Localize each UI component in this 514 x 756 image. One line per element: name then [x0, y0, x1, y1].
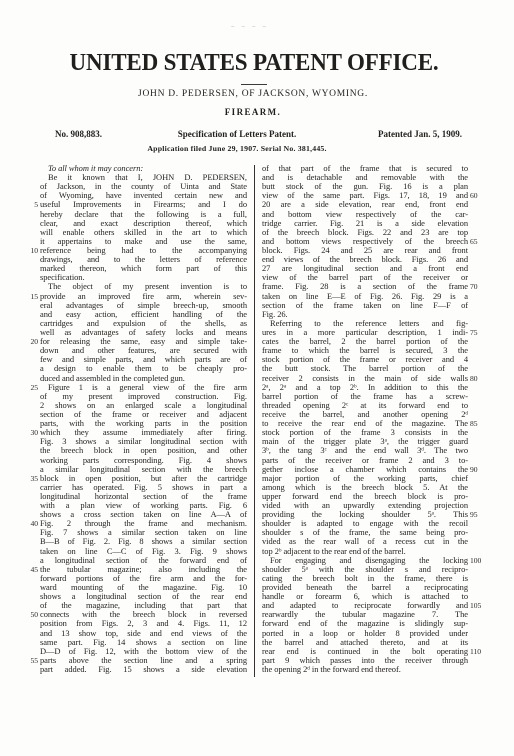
patent-document-page: – – – – UNITED STATES PATENT OFFICE. JOH… — [0, 0, 514, 756]
line-number: 95 — [470, 510, 486, 519]
line-number: 70 — [470, 282, 486, 291]
application-line: Application filed June 29, 1907. Serial … — [0, 144, 474, 153]
line-number: 105 — [470, 601, 486, 610]
line-number: 35 — [25, 474, 38, 483]
line-number: 65 — [470, 237, 486, 246]
right-column: of that part of the frame that is secure… — [262, 164, 468, 674]
line-text: the opening 2ᵈ in the forward end thereo… — [262, 664, 401, 674]
patented-date: Patented Jan. 5, 1909. — [378, 129, 462, 139]
patent-info-row: No. 908,883. Specification of Letters Pa… — [0, 129, 514, 141]
left-column: To all whom it may concern:Be it known t… — [40, 164, 247, 674]
line-number: 85 — [470, 419, 486, 428]
text-line: section of the frame taken on line F—F o… — [262, 301, 468, 310]
invention-title: FIREARM. — [0, 107, 506, 117]
patent-office-title: UNITED STATES PATENT OFFICE. — [10, 50, 498, 77]
line-number: 80 — [470, 374, 486, 383]
line-number: 90 — [470, 465, 486, 474]
title-divider-rule — [241, 84, 267, 85]
text-line: the opening 2ᵈ in the forward end thereo… — [262, 665, 468, 674]
line-number: 30 — [25, 428, 38, 437]
line-number: 75 — [470, 328, 486, 337]
line-number: 100 — [470, 556, 486, 565]
line-number: 15 — [25, 292, 38, 301]
column-divider-rule — [254, 165, 255, 677]
line-number: 55 — [25, 656, 38, 665]
line-number: 5 — [25, 200, 38, 209]
line-number: 50 — [25, 610, 38, 619]
line-number: 45 — [25, 565, 38, 574]
line-number: 40 — [25, 519, 38, 528]
line-text: part added. Fig. 15 shows a side elevati… — [40, 664, 247, 674]
line-number: 60 — [470, 191, 486, 200]
inventor-line: JOHN D. PEDERSEN, OF JACKSON, WYOMING. — [0, 89, 506, 99]
line-text: section of the frame taken on line F—F o… — [262, 300, 468, 310]
scan-artifact-dashes: – – – – — [0, 24, 500, 30]
line-number: 110 — [470, 647, 486, 656]
line-number: 20 — [25, 337, 38, 346]
text-line: part added. Fig. 15 shows a side elevati… — [40, 665, 247, 674]
line-number: 25 — [25, 383, 38, 392]
line-number: 10 — [25, 246, 38, 255]
